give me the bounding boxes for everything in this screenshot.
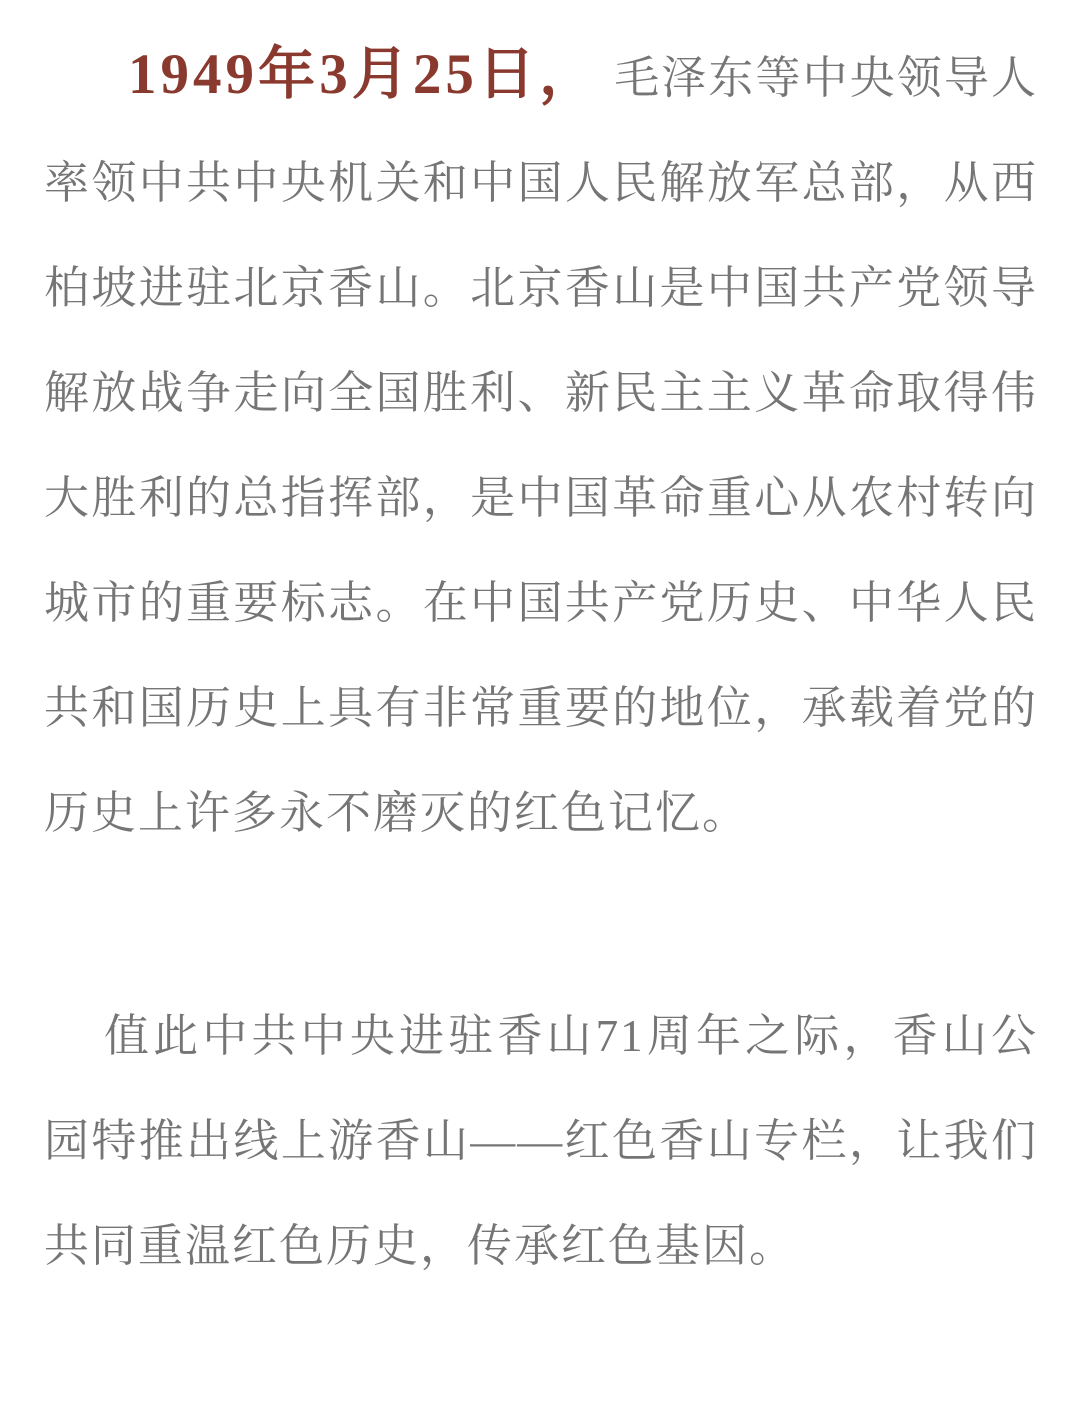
article-page: 1949年3月25日，毛泽东等中央领导人率领中共中央机关和中国人民解放军总部，从…	[0, 0, 1080, 1418]
date-lead: 1949年3月25日，	[128, 43, 614, 106]
paragraph-announcement-text: 值此中共中央进驻香山71周年之际，香山公园特推出线上游香山——红色香山专栏，让我…	[44, 1011, 1038, 1271]
paragraph-history-text: 毛泽东等中央领导人率领中共中央机关和中国人民解放军总部，从西柏坡进驻北京香山。北…	[44, 53, 1038, 838]
paragraph-announcement: 值此中共中央进驻香山71周年之际，香山公园特推出线上游香山——红色香山专栏，让我…	[44, 984, 1038, 1299]
paragraph-history: 1949年3月25日，毛泽东等中央领导人率领中共中央机关和中国人民解放军总部，从…	[44, 26, 1038, 866]
